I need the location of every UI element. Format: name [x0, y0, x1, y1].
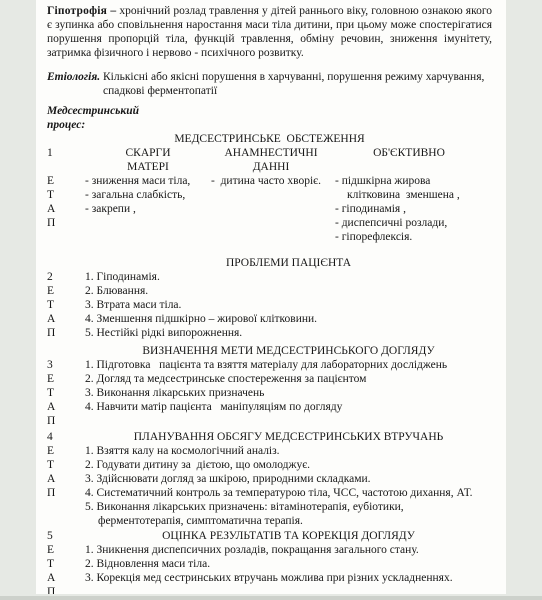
list-item: 3. Корекція мед сестринських втручань мо…: [85, 571, 492, 585]
stage2-items: 1. Гіподинамія.2. Блювання.3. Втрата мас…: [85, 270, 492, 340]
list-item: 2. Догляд та медсестринське спостереженн…: [85, 372, 492, 386]
etiology-text: Кількісні або якісні порушення в харчува…: [103, 70, 492, 98]
stage-letter: Е: [47, 284, 85, 298]
list-item: 5. Виконання лікарських призначень: віта…: [85, 500, 492, 528]
list-item: 2. Відновлення маси тіла.: [85, 557, 492, 571]
etiology-line: Кількісні або якісні порушення в харчува…: [103, 70, 492, 84]
stage2-section: 2 ЕТАП 1. Гіподинамія.2. Блювання.3. Втр…: [47, 270, 492, 340]
stage5-number: 5: [47, 529, 85, 543]
stage3-items: 1. Підготовка пацієнта та взяття матеріа…: [85, 358, 492, 428]
list-item: 3. Виконання лікарських призначень: [85, 386, 492, 400]
stage-letter: Т: [47, 188, 85, 202]
screenshot-root: { "document": { "intro": { "term": "Гіпо…: [0, 0, 542, 600]
exam-anamnesis-items: - дитина часто хворіє.: [211, 174, 331, 188]
stage2-letters: ЕТАП: [47, 284, 85, 340]
list-item: - підшкірна жирова клітковина зменшена ,: [335, 174, 483, 202]
list-item: 4. Систематичний контроль за температуро…: [85, 486, 492, 500]
list-item: 1. Зникнення диспепсичних розладів, покр…: [85, 543, 492, 557]
stage-letter: Т: [47, 386, 85, 400]
stage4-section: 4 ЕТАП ПЛАНУВАННЯ ОБСЯГУ МЕДСЕСТРИНСЬКИХ…: [47, 430, 492, 528]
list-item: 1. Підготовка пацієнта та взяття матеріа…: [85, 358, 492, 372]
list-item: 3. Втрата маси тіла.: [85, 298, 492, 312]
exam-columns: СКАРГИ МАТЕРІ - зниження маси тіла,- заг…: [85, 146, 492, 244]
term-hypotrophy: Гіпотрофія –: [47, 5, 116, 17]
exam-header-anamnesis: АНАМНЕСТИЧНІ ДАННІ: [214, 146, 328, 174]
exam-header-objective: ОБ'ЄКТИВНО: [335, 146, 483, 174]
list-item: - гіподинамія ,: [335, 202, 483, 216]
stage-letter: Е: [47, 444, 85, 458]
stage3-letters: ЕТАП: [47, 372, 85, 428]
stage1-number: 1: [47, 146, 85, 174]
stage4-title: ПЛАНУВАННЯ ОБСЯГУ МЕДСЕСТРИНСЬКИХ ВТРУЧА…: [85, 430, 492, 444]
exam-header-complaints: СКАРГИ МАТЕРІ: [112, 146, 184, 174]
stage2-etap-column: 2 ЕТАП: [47, 270, 85, 340]
list-item: - дитина часто хворіє.: [211, 174, 331, 188]
list-item: - гіпорефлексія.: [335, 230, 483, 244]
list-item: - закрепи ,: [85, 202, 211, 216]
stage3-title: ВИЗНАЧЕННЯ МЕТИ МЕДСЕСТРИНСЬКОГО ДОГЛЯДУ: [85, 344, 492, 358]
list-item: 1. Гіподинамія.: [85, 270, 492, 284]
etiology-label: Етіологія.: [47, 70, 103, 98]
stage-letter: А: [47, 571, 85, 585]
exam-column-objective: ОБ'ЄКТИВНО - підшкірна жирова клітковина…: [331, 146, 483, 244]
list-item: 2. Блювання.: [85, 284, 492, 298]
stage5-etap-column: 5 ЕТАП: [47, 529, 85, 594]
stage1-letters: ЕТАП: [47, 174, 85, 230]
stage5-section: 5 ЕТАП ОЦІНКА РЕЗУЛЬТАТІВ ТА КОРЕКЦІЯ ДО…: [47, 529, 492, 594]
list-item: 4. Навчити матір пацієнта маніпуляціям п…: [85, 400, 492, 414]
stage4-content: ПЛАНУВАННЯ ОБСЯГУ МЕДСЕСТРИНСЬКИХ ВТРУЧА…: [85, 430, 492, 528]
list-item: 3. Здійснювати догляд за шкірою, природн…: [85, 472, 492, 486]
stage3-number: 3: [47, 358, 85, 372]
stage-letter: П: [47, 326, 85, 340]
stage4-number: 4: [47, 430, 85, 444]
intro-paragraph: Гіпотрофія – хронічний розлад травлення …: [47, 0, 492, 60]
etiology-line: спадкові ферментопатії: [103, 84, 492, 98]
stage5-content: ОЦІНКА РЕЗУЛЬТАТІВ ТА КОРЕКЦІЯ ДОГЛЯДУ 1…: [85, 529, 492, 594]
stage5-letters: ЕТАП: [47, 543, 85, 594]
stage-letter: А: [47, 312, 85, 326]
stage-letter: П: [47, 414, 85, 428]
stage4-etap-column: 4 ЕТАП: [47, 430, 85, 528]
exam-complaints-items: - зниження маси тіла,- загальна слабкіст…: [85, 174, 211, 216]
stage-letter: А: [47, 400, 85, 414]
document-page: Гіпотрофія – хронічний розлад травлення …: [36, 0, 506, 594]
list-item: - зниження маси тіла,: [85, 174, 211, 188]
etiology-block: Етіологія. Кількісні або якісні порушенн…: [47, 70, 492, 98]
list-item: 1. Взяття калу на космологічний аналіз.: [85, 444, 492, 458]
stage2-number: 2: [47, 270, 85, 284]
stage4-letters: ЕТАП: [47, 444, 85, 500]
scan-bottom-edge: [0, 596, 542, 600]
stage-letter: Е: [47, 174, 85, 188]
stage5-items: 1. Зникнення диспепсичних розладів, покр…: [85, 543, 492, 585]
stage-letter: А: [47, 472, 85, 486]
stage-letter: П: [47, 585, 85, 594]
stage-letter: Е: [47, 543, 85, 557]
exam-column-anamnesis: АНАМНЕСТИЧНІ ДАННІ - дитина часто хворіє…: [211, 146, 331, 244]
list-item: 4. Зменшення підшкірно – жирової клітков…: [85, 312, 492, 326]
stage-letter: Е: [47, 372, 85, 386]
nursing-process-label: Медсестринський процес:: [47, 104, 172, 132]
stage-letter: А: [47, 202, 85, 216]
list-item: 2. Годувати дитину за дієтою, що омолодж…: [85, 458, 492, 472]
stage3-section: 3 ЕТАП 1. Підготовка пацієнта та взяття …: [47, 358, 492, 428]
stage4-items: 1. Взяття калу на космологічний аналіз.2…: [85, 444, 492, 528]
stage2-title: ПРОБЛЕМИ ПАЦІЄНТА: [85, 256, 492, 270]
stage3-etap-column: 3 ЕТАП: [47, 358, 85, 428]
stage-letter: П: [47, 486, 85, 500]
stage-letter: Т: [47, 458, 85, 472]
stage5-title: ОЦІНКА РЕЗУЛЬТАТІВ ТА КОРЕКЦІЯ ДОГЛЯДУ: [85, 529, 492, 543]
stage1-etap-column: 1 ЕТАП: [47, 146, 85, 244]
stage-letter: Т: [47, 298, 85, 312]
exam-column-complaints: СКАРГИ МАТЕРІ - зниження маси тіла,- заг…: [85, 146, 211, 244]
stage-letter: П: [47, 216, 85, 230]
stage1-title: МЕДСЕСТРИНСЬКЕ ОБСТЕЖЕННЯ: [47, 132, 492, 146]
list-item: 5. Нестійкі рідкі випорожнення.: [85, 326, 492, 340]
stage-letter: Т: [47, 557, 85, 571]
list-item: - диспепсичні розлади,: [335, 216, 483, 230]
exam-objective-items: - підшкірна жирова клітковина зменшена ,…: [335, 174, 483, 244]
list-item: - загальна слабкість,: [85, 188, 211, 202]
stage1-section: 1 ЕТАП СКАРГИ МАТЕРІ - зниження маси тіл…: [47, 146, 492, 244]
